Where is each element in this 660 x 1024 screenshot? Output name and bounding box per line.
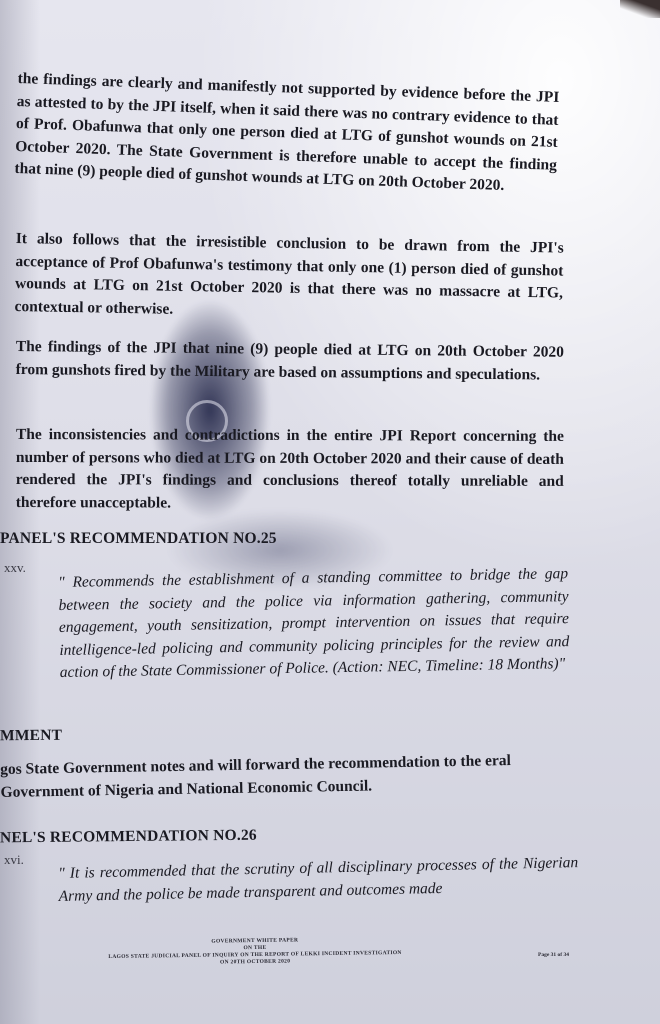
recommendation-25-text: " Recommends the establishment of a stan… <box>58 563 570 684</box>
page-number: Page 31 of 34 <box>538 952 569 958</box>
background-corner <box>620 0 660 18</box>
recommendation-26-text: " It is recommended that the scrutiny of… <box>58 852 579 908</box>
paragraph-inconsistencies: The inconsistencies and contradictions i… <box>16 424 564 516</box>
paragraph-nine-people-findings: The findings of the JPI that nine (9) pe… <box>16 336 564 387</box>
list-marker-26: xvi. <box>4 852 24 868</box>
heading-recommendation-25: PANEL'S RECOMMENDATION NO.25 <box>0 530 277 548</box>
heading-comment: MMENT <box>0 727 62 745</box>
paragraph-findings: the findings are clearly and manifestly … <box>14 68 560 199</box>
comment-text: gos State Government notes and will forw… <box>0 748 581 803</box>
document-page: the findings are clearly and manifestly … <box>0 0 660 1024</box>
page-footer: GOVERNMENT WHITE PAPER ON THE LAGOS STAT… <box>90 936 420 969</box>
list-marker-25: xxv. <box>4 560 26 576</box>
heading-recommendation-26: NEL'S RECOMMENDATION NO.26 <box>0 827 257 848</box>
paragraph-irresistible-conclusion: It also follows that the irresistible co… <box>14 228 563 328</box>
